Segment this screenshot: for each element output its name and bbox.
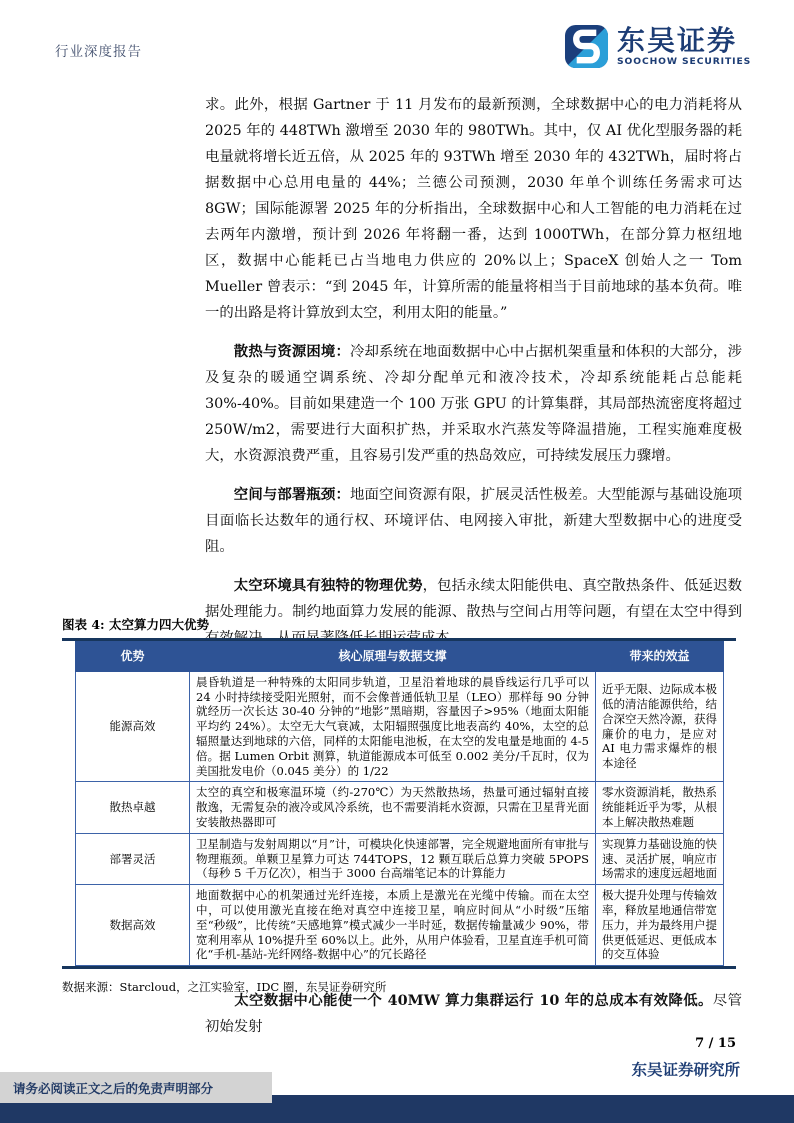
cell-principle: 太空的真空和极寒温环境（约-270℃）为天然散热场，热量可通过辐射直接散逸，无需… [190, 782, 596, 833]
cell-principle: 卫星制造与发射周期以“月”计，可模块化快速部署，完全规避地面所有审批与物理瓶颈。… [190, 833, 596, 884]
cell-principle: 地面数据中心的机架通过光纤连接，本质上是激光在光缆中传输。而在太空中，可以使用激… [190, 885, 596, 966]
disclaimer-box: 请务必阅读正文之后的免责声明部分 [0, 1072, 272, 1103]
cell-benefit: 实现算力基础设施的快速、灵活扩展，响应市场需求的速度远超地面 [596, 833, 724, 884]
cell-advantage: 数据高效 [76, 885, 190, 966]
report-type-label: 行业深度报告 [55, 40, 142, 60]
brand-text: 东吴证券 SOOCHOW SECURITIES [617, 26, 751, 67]
paragraph-lead: 太空数据中心能使一个 40MW 算力集群运行 10 年的总成本有效降低。 [234, 992, 713, 1009]
table-row: 部署灵活 卫星制造与发射周期以“月”计，可模块化快速部署，完全规避地面所有审批与… [76, 833, 724, 884]
report-page: 行业深度报告 东吴证券 SOOCHOW SECURITIES 求。此外，根据 G… [0, 0, 794, 1123]
paragraph-text: 求。此外，根据 Gartner 于 11 月发布的最新预测，全球数据中心的电力消… [205, 97, 742, 321]
cell-principle: 晨昏轨道是一种特殊的太阳同步轨道，卫星沿着地球的晨昏线运行几乎可以 24 小时持… [190, 671, 596, 782]
paragraph-space-bottleneck: 空间与部署瓶颈：地面空间资源有限，扩展灵活性极差。大型能源与基础设施项目面临长达… [205, 482, 742, 560]
col-header-advantage: 优势 [76, 642, 190, 672]
figure-title: 图表 4: 太空算力四大优势 [62, 615, 736, 633]
cell-advantage: 能源高效 [76, 671, 190, 782]
figure-4: 图表 4: 太空算力四大优势 优势 核心原理与数据支撑 带来的效益 能源高效 晨… [62, 615, 736, 995]
brand-logo: 东吴证券 SOOCHOW SECURITIES [563, 23, 751, 70]
col-header-principle: 核心原理与数据支撑 [190, 642, 596, 672]
table-row: 数据高效 地面数据中心的机架通过光纤连接，本质上是激光在光缆中传输。而在太空中，… [76, 885, 724, 966]
paragraph-text: 冷却系统在地面数据中心中占据机架重量和体积的大部分，涉及复杂的暖通空调系统、冷却… [205, 344, 742, 464]
advantages-table: 优势 核心原理与数据支撑 带来的效益 能源高效 晨昏轨道是一种特殊的太阳同步轨道… [75, 641, 724, 966]
cell-advantage: 散热卓越 [76, 782, 190, 833]
page-number: 7 / 15 [695, 1036, 736, 1051]
paragraph-cost-conclusion: 太空数据中心能使一个 40MW 算力集群运行 10 年的总成本有效降低。尽管初始… [205, 988, 742, 1040]
paragraph-lead: 太空环境具有独特的物理优势 [234, 577, 423, 594]
paragraph-lead: 空间与部署瓶颈： [234, 486, 350, 503]
research-institute-label: 东吴证券研究所 [631, 1058, 740, 1080]
table-row: 散热卓越 太空的真空和极寒温环境（约-270℃）为天然散热场，热量可通过辐射直接… [76, 782, 724, 833]
cell-benefit: 近乎无限、边际成本极低的清洁能源供给，结合深空天然冷源，获得廉价的电力，是应对 … [596, 671, 724, 782]
disclaimer-text: 请务必阅读正文之后的免责声明部分 [13, 1079, 213, 1097]
advantages-table-wrap: 优势 核心原理与数据支撑 带来的效益 能源高效 晨昏轨道是一种特殊的太阳同步轨道… [75, 641, 723, 966]
body-text: 求。此外，根据 Gartner 于 11 月发布的最新预测，全球数据中心的电力消… [205, 92, 742, 664]
brand-name-cn: 东吴证券 [617, 26, 751, 56]
figure-bottom-rule [62, 966, 736, 969]
cell-benefit: 零水资源消耗，散热系统能耗近乎为零，从根本上解决散热难题 [596, 782, 724, 833]
table-header-row: 优势 核心原理与数据支撑 带来的效益 [76, 642, 724, 672]
table-row: 能源高效 晨昏轨道是一种特殊的太阳同步轨道，卫星沿着地球的晨昏线运行几乎可以 2… [76, 671, 724, 782]
paragraph-cooling-dilemma: 散热与资源困境：冷却系统在地面数据中心中占据机架重量和体积的大部分，涉及复杂的暖… [205, 339, 742, 469]
soochow-logo-icon [563, 23, 610, 70]
cell-advantage: 部署灵活 [76, 833, 190, 884]
col-header-benefit: 带来的效益 [596, 642, 724, 672]
paragraph-power-consumption: 求。此外，根据 Gartner 于 11 月发布的最新预测，全球数据中心的电力消… [205, 92, 742, 326]
brand-name-en: SOOCHOW SECURITIES [617, 56, 751, 67]
paragraph-lead: 散热与资源困境： [234, 343, 350, 360]
cell-benefit: 极大提升处理与传输效率，释放星地通信带宽压力，并为最终用户提供更低延迟、更低成本… [596, 885, 724, 966]
